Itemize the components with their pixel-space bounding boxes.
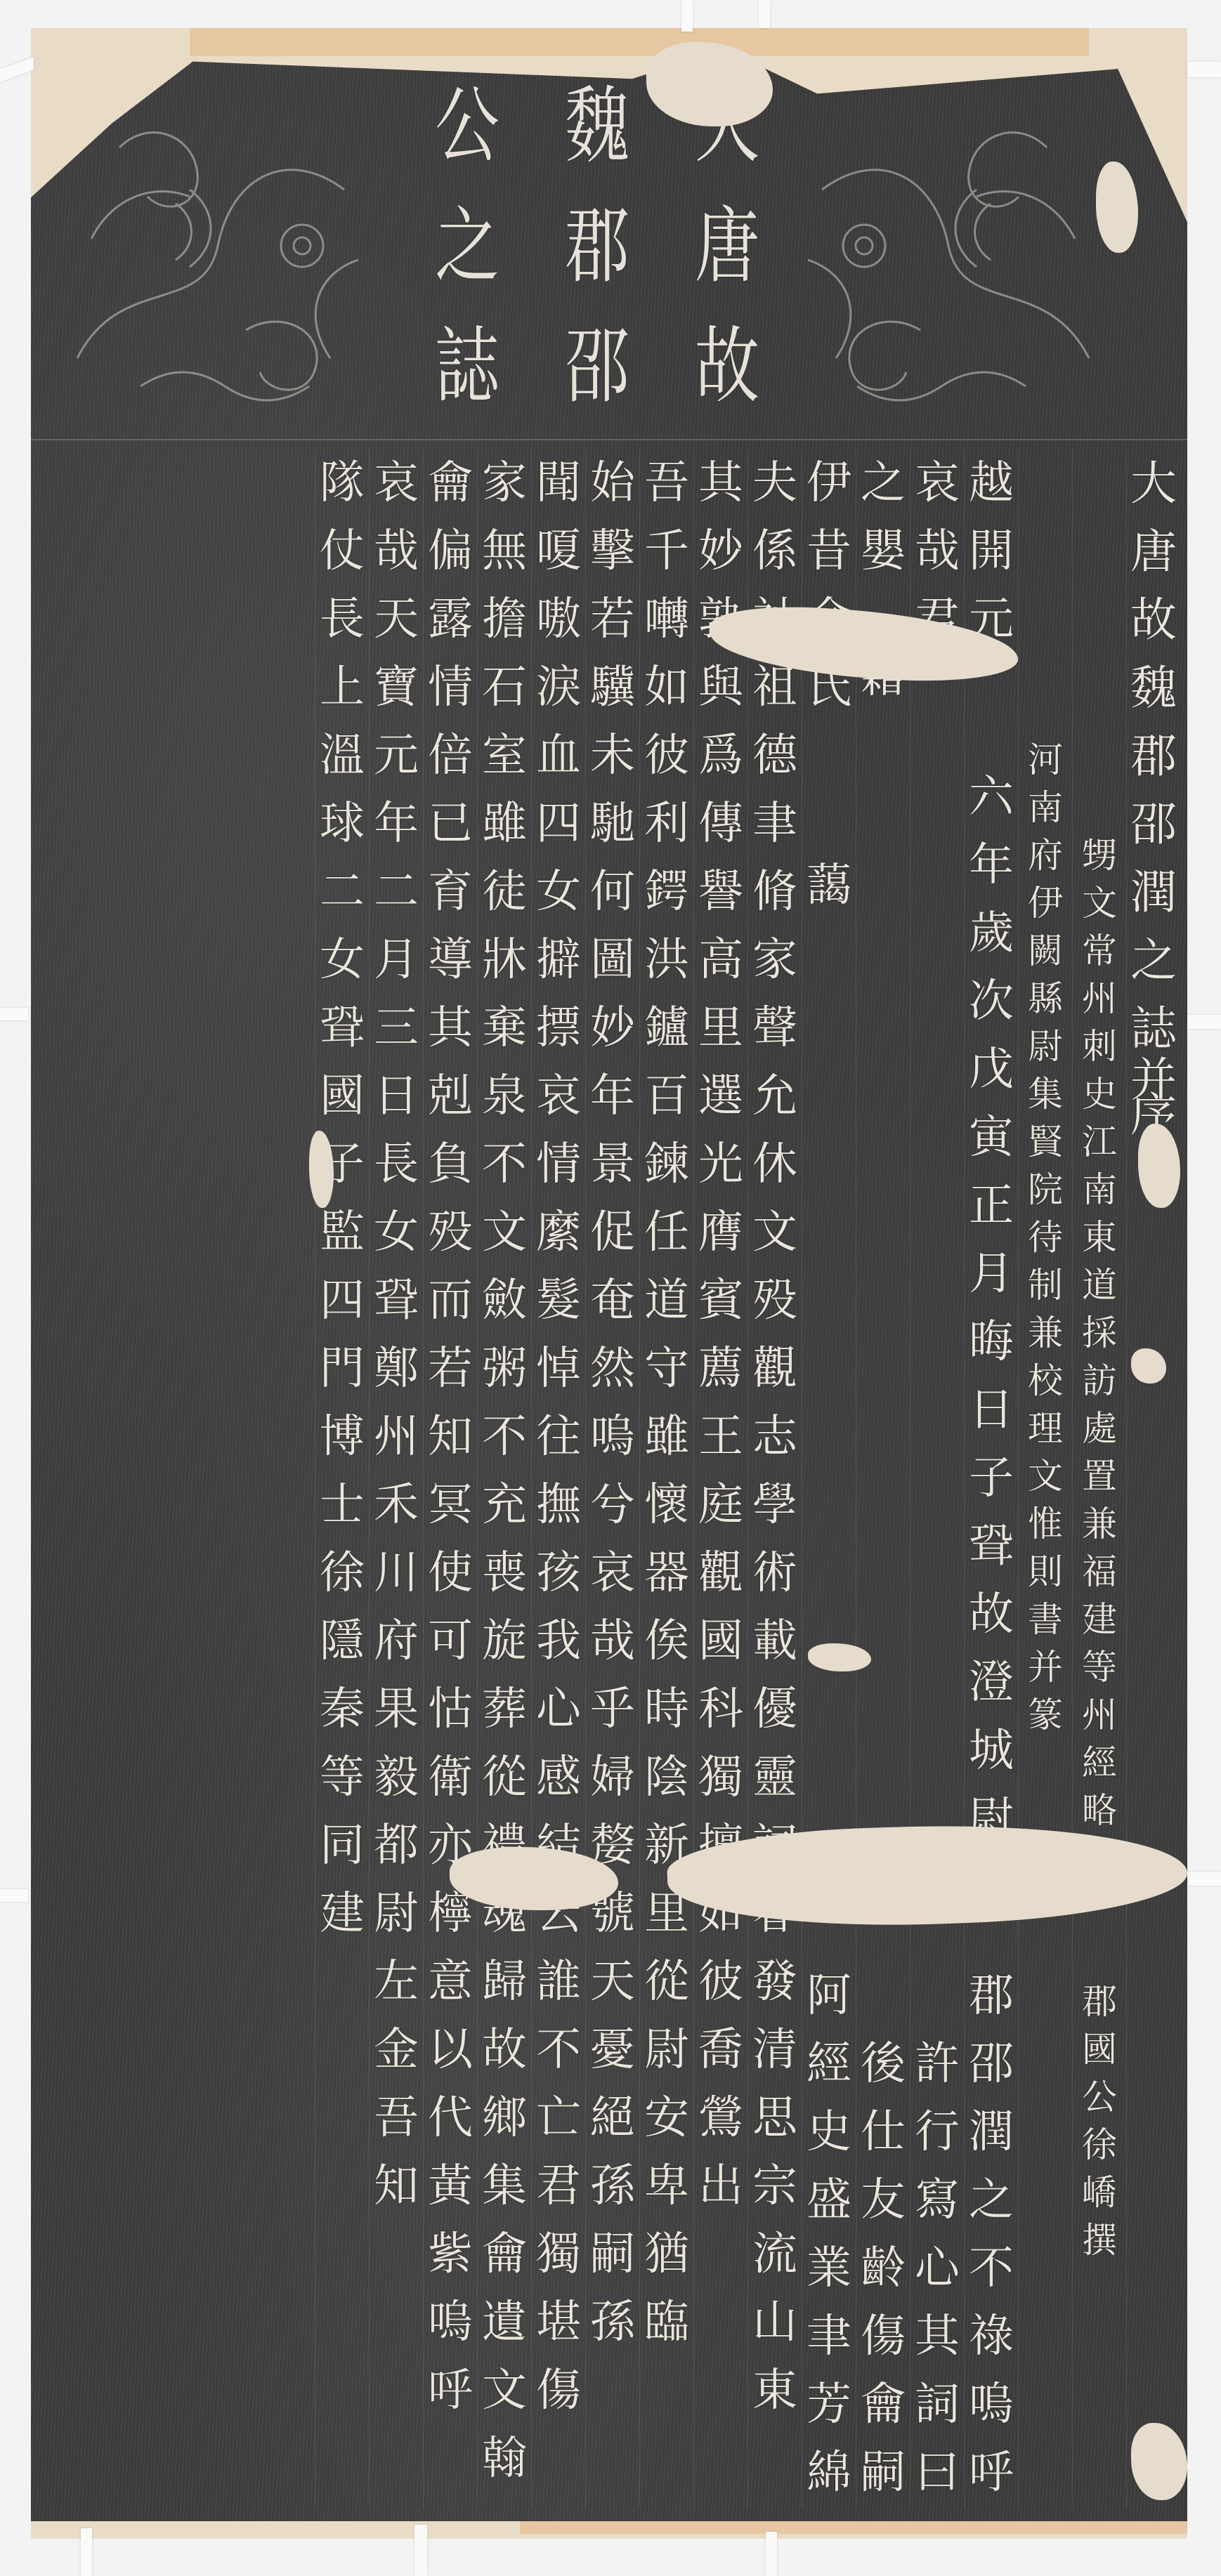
inscription-character: 故 <box>965 1581 1018 1649</box>
inscription-character: 何 <box>586 858 639 926</box>
inscription-character: 常 <box>1073 927 1126 975</box>
inscription-character: 代 <box>424 2084 477 2153</box>
inscription-character: 制 <box>1019 1261 1072 1309</box>
inscription-character: 寫 <box>910 2167 964 2235</box>
inscription-character: 月 <box>965 1240 1018 1308</box>
inscription-character: 傳 <box>694 790 747 858</box>
inscription-character: 雖 <box>640 1403 693 1471</box>
inscription-character: 守 <box>640 1335 693 1403</box>
inscription-character: 載 <box>748 1608 802 1676</box>
inscription-character: 乎 <box>586 1676 639 1744</box>
inscription-character: 戊 <box>965 1036 1018 1104</box>
illegible-character <box>910 1400 964 1457</box>
inscription-character: 月 <box>370 926 423 994</box>
inscription-character: 邵 <box>965 2030 1018 2098</box>
inscription-character: 怙 <box>424 1676 477 1744</box>
inscription-character: 圖 <box>586 926 639 994</box>
inscription-character: 陰 <box>640 1744 693 1812</box>
inscription-character: 不 <box>478 1131 531 1199</box>
inscription-character: 齡 <box>856 2235 910 2303</box>
illegible-character <box>856 1457 910 1514</box>
inscription-character: 江 <box>1073 1118 1126 1166</box>
inscription-character: 上 <box>315 654 369 722</box>
inscription-character: 知 <box>370 2153 423 2221</box>
inscription-character: 哀 <box>910 449 964 518</box>
inscription-character: 史 <box>1073 1070 1126 1118</box>
inscription-character: 髮 <box>532 1267 585 1335</box>
inscription-character: 待 <box>1019 1214 1072 1261</box>
inscription-character: 吾 <box>640 449 693 518</box>
inscription-character: 採 <box>1073 1309 1126 1357</box>
inscription-character: 而 <box>424 1267 477 1335</box>
inscription-character: 情 <box>532 1131 585 1199</box>
inscription-character: 阿 <box>802 1962 856 2030</box>
inscription-character: 膺 <box>694 1199 747 1267</box>
inscription-character: 宗 <box>748 2153 802 2221</box>
inscription-character: 寅 <box>965 1104 1018 1172</box>
inscription-character: 擔 <box>478 586 531 654</box>
inscription-character: 促 <box>586 1199 639 1267</box>
inscription-character: 室 <box>478 722 531 790</box>
inscription-character: 馳 <box>586 790 639 858</box>
inscription-character: 囀 <box>640 586 693 654</box>
seal-char: 公 <box>435 84 499 167</box>
illegible-character <box>910 1629 964 1686</box>
inscription-character: 女 <box>315 926 369 994</box>
inscription-character: 之 <box>856 449 910 518</box>
inscription-character: 百 <box>640 1063 693 1131</box>
inscription-character: 校 <box>1019 1357 1072 1405</box>
calligrapher-column: 河南府伊闕縣尉集賢院待制兼校理文惟則書并篆 <box>1018 449 1072 2507</box>
inscription-character: 器 <box>640 1539 693 1608</box>
mounting-hinge <box>681 0 693 32</box>
inscription-character: 文 <box>1019 1452 1072 1500</box>
inscription-character: 鍔 <box>640 858 693 926</box>
inscription-character: 牀 <box>478 926 531 994</box>
inscription-character: 黃 <box>424 2153 477 2221</box>
inscription-character: 孩 <box>532 1539 585 1608</box>
inscription-character: 故 <box>478 2016 531 2084</box>
inscription-character: 擗 <box>532 926 585 994</box>
inscription-character: 禾 <box>370 1471 423 1539</box>
inscription-character: 靈 <box>748 1744 802 1812</box>
inscription-character: 泉 <box>478 1063 531 1131</box>
illegible-character <box>856 1400 910 1457</box>
inscription-character: 府 <box>1019 832 1072 879</box>
inscription-character: 其 <box>910 2303 964 2371</box>
inscription-character: 隱 <box>315 1608 369 1676</box>
inscription-character: 文 <box>748 1199 802 1267</box>
inscription-character: 嗣 <box>856 2439 910 2507</box>
inscription-character: 州 <box>1073 1691 1126 1739</box>
inscription-character: 無 <box>478 518 531 586</box>
mounting-hinge <box>766 2532 777 2576</box>
inscription-character: 吾 <box>370 2084 423 2153</box>
inscription-character: 誰 <box>532 1948 585 2016</box>
illegible-character <box>910 1457 964 1514</box>
inscription-character: 嗚 <box>965 2371 1018 2439</box>
inscription-character: 城 <box>965 1717 1018 1785</box>
inscription-character: 思 <box>748 2084 802 2153</box>
illegible-character <box>856 1228 910 1285</box>
inscription-character: 哉 <box>910 518 964 586</box>
inscription-character: 充 <box>478 1471 531 1539</box>
text-column-8: 始擊若驥未馳何圖妙年景促奄然嗚兮哀哉乎婦嫠號天憂絕孫嗣孫 <box>585 449 639 2507</box>
inscription-character: 其 <box>694 449 747 518</box>
inscription-character: 哉 <box>370 518 423 586</box>
inscription-character: 寶 <box>370 654 423 722</box>
inscription-character: 已 <box>424 790 477 858</box>
inscription-character: 國 <box>694 1608 747 1676</box>
inscription-character: 道 <box>1073 1261 1126 1309</box>
inscription-character: 甥 <box>1073 832 1126 879</box>
inscription-character: 發 <box>748 1948 802 2016</box>
inscription-character: 藹 <box>802 852 856 920</box>
inscription-character: 譽 <box>694 858 747 926</box>
inscription-character: 建 <box>315 1880 369 1948</box>
inscription-character: 福 <box>1073 1548 1126 1596</box>
illegible-character <box>856 1744 910 1801</box>
text-column-1: 越開元六年歲次戊寅正月晦日子聓故澄城尉郡邵潤之不祿嗚呼 <box>964 449 1018 2507</box>
inscription-character: 其 <box>424 994 477 1063</box>
inscription-character: 彼 <box>694 1948 747 2016</box>
mounting-hinge <box>1187 1015 1221 1029</box>
inscription-character: 訪 <box>1073 1357 1126 1405</box>
illegible-character <box>856 711 910 769</box>
inscription-character: 公 <box>1073 2073 1126 2121</box>
inscription-character: 篆 <box>1019 1691 1072 1739</box>
inscription-character: 文 <box>1073 879 1126 927</box>
inscription-character: 東 <box>748 2357 802 2425</box>
inscription-character: 兮 <box>586 1471 639 1539</box>
inscription-character: 龠 <box>424 449 477 518</box>
inscription-character: 文 <box>478 2357 531 2425</box>
inscription-character: 鍊 <box>640 1131 693 1199</box>
inscription-character: 庭 <box>694 1471 747 1539</box>
inscription-character: 獨 <box>532 2221 585 2289</box>
inscription-character: 孫 <box>586 2289 639 2357</box>
inscription-character: 紫 <box>424 2221 477 2289</box>
inscription-character: 薦 <box>694 1335 747 1403</box>
inscription-character: 盛 <box>802 2167 856 2235</box>
inscription-character: 并 <box>1019 1643 1072 1691</box>
inscription-character: 婦 <box>586 1744 639 1812</box>
inscription-character: 賢 <box>1019 1118 1072 1166</box>
illegible-character <box>910 940 964 998</box>
inscription-character: 伊 <box>1019 879 1072 927</box>
inscription-character: 聓 <box>315 994 369 1063</box>
inscription-character: 喪 <box>478 1539 531 1608</box>
text-column-5: 夫係祉祖德聿脩家聲允休文殁觀志學術載優靈詞春發清思宗流山東 <box>747 449 802 2507</box>
illegible-character <box>910 1342 964 1400</box>
inscription-character: 允 <box>748 1063 802 1131</box>
inscription-character: 文 <box>478 1199 531 1267</box>
inscription-character: 景 <box>586 1131 639 1199</box>
inscription-character: 千 <box>640 518 693 586</box>
inscription-character: 擊 <box>586 518 639 586</box>
inscription-character: 同 <box>315 1812 369 1880</box>
text-column-10: 家無擔石室雖徒牀棄泉不文斂粥不充喪旋葬從禮魂歸故鄉集龠遺文翰 <box>477 449 531 2507</box>
inscription-character: 龠 <box>856 2371 910 2439</box>
inscription-character: 門 <box>315 1335 369 1403</box>
inscription-character: 伊 <box>802 449 856 518</box>
inscription-character: 時 <box>640 1676 693 1744</box>
inscription-character: 開 <box>965 518 1018 586</box>
illegible-character <box>1073 784 1126 832</box>
inscription-character: 摽 <box>532 994 585 1063</box>
inscription-character: 聲 <box>748 994 802 1063</box>
inscription-character: 淚 <box>532 654 585 722</box>
illegible-character <box>802 1311 856 1376</box>
inscription-character: 觀 <box>694 1539 747 1608</box>
inscription-character: 嬰 <box>856 518 910 586</box>
inscription-character: 清 <box>748 2016 802 2084</box>
inscription-character: 東 <box>1073 1214 1126 1261</box>
inscription-character: 斂 <box>478 1267 531 1335</box>
inscription-character: 隊 <box>315 449 369 518</box>
illegible-character <box>910 711 964 769</box>
inscription-character: 賓 <box>694 1267 747 1335</box>
inscription-character: 聓 <box>965 1513 1018 1581</box>
illegible-character <box>910 1170 964 1228</box>
inscription-character: 郡 <box>1073 1978 1126 2025</box>
inscription-character: 院 <box>1019 1166 1072 1214</box>
illegible-character <box>910 1112 964 1170</box>
inscription-character: 懷 <box>640 1471 693 1539</box>
inscription-character: 嗄 <box>532 518 585 586</box>
inscription-character: 尉 <box>640 2016 693 2084</box>
inscription-character: 許 <box>910 2030 964 2098</box>
illegible-character <box>1073 736 1126 784</box>
illegible-character <box>1073 640 1126 688</box>
inscription-character: 殁 <box>748 1267 802 1335</box>
inscription-character: 知 <box>424 1403 477 1471</box>
inscription-character: 洪 <box>640 926 693 994</box>
inscription-character: 經 <box>802 2030 856 2098</box>
inscription-character: 安 <box>640 2084 693 2153</box>
inscription-character: 導 <box>424 926 477 994</box>
text-column-3: 之嬰藉後仕友齡傷龠嗣 <box>856 449 910 2507</box>
illegible-character <box>802 1702 856 1767</box>
inscription-character: 驥 <box>586 654 639 722</box>
inscription-character: 年 <box>586 1063 639 1131</box>
inscription-character: 監 <box>315 1199 369 1267</box>
inscription-character: 大 <box>1127 449 1180 518</box>
inscription-character: 石 <box>478 654 531 722</box>
inscription-character: 縻 <box>532 1199 585 1267</box>
inscription-character: 撫 <box>532 1471 585 1539</box>
mounting-hinge <box>759 0 770 28</box>
inscription-character: 書 <box>1019 1596 1072 1643</box>
mounting-hinge <box>81 2528 92 2576</box>
inscription-character: 史 <box>802 2098 856 2167</box>
inscription-character: 脩 <box>748 858 802 926</box>
inscription-character: 澄 <box>965 1649 1018 1717</box>
illegible-character <box>910 826 964 883</box>
inscription-character: 然 <box>586 1335 639 1403</box>
text-column-6: 其妙孰與爲傳譽高里選光膺賓薦王庭觀國科獨擅如彼喬鶯出 <box>693 449 747 2507</box>
illegible-character <box>1073 449 1126 497</box>
inscription-character: 年 <box>965 832 1018 900</box>
inscription-character: 家 <box>478 449 531 518</box>
illegible-character <box>910 768 964 826</box>
inscription-character: 粥 <box>478 1335 531 1403</box>
title-column: 大唐故魏郡邵潤之誌并序 <box>1126 449 1180 2507</box>
inscription-character: 彼 <box>640 722 693 790</box>
inscription-character: 祿 <box>965 2303 1018 2371</box>
inscription-character: 曰 <box>910 2439 964 2507</box>
inscription-character: 府 <box>370 1608 423 1676</box>
inscription-character: 仗 <box>315 518 369 586</box>
inscription-character: 昔 <box>802 518 856 586</box>
inscription-character: 女 <box>370 1199 423 1267</box>
inscription-character: 意 <box>424 1948 477 2016</box>
inscription-character: 志 <box>748 1403 802 1471</box>
text-column-13: 隊仗長上溫球二女聓國子監四門博士徐隱秦等同建 <box>315 449 369 2507</box>
illegible-character <box>856 1973 910 2030</box>
inscription-character: 金 <box>370 2016 423 2084</box>
illegible-character <box>856 940 910 998</box>
inscription-character: 鄉 <box>478 2084 531 2153</box>
inscription-character: 傷 <box>856 2303 910 2371</box>
illegible-character <box>1073 497 1126 545</box>
inscription-character: 堪 <box>532 2289 585 2357</box>
inscription-character: 尉 <box>370 1880 423 1948</box>
inscription-character: 南 <box>1073 1166 1126 1214</box>
inscription-character: 休 <box>748 1131 802 1199</box>
inscription-character: 子 <box>965 1445 1018 1513</box>
inscription-character: 不 <box>965 2235 1018 2303</box>
inscription-character: 王 <box>694 1403 747 1471</box>
inscription-character: 三 <box>370 994 423 1063</box>
inscription-character: 爲 <box>694 722 747 790</box>
inscription-character: 六 <box>965 763 1018 832</box>
illegible-character <box>856 768 910 826</box>
illegible-character <box>856 883 910 941</box>
inscription-character: 潤 <box>965 2098 1018 2167</box>
author-column: 甥文常州刺史江南東道採訪處置兼福建等州經略使郡國公徐嶠撰 <box>1072 449 1126 2507</box>
inscription-character: 河 <box>1019 736 1072 784</box>
illegible-character <box>802 1441 856 1506</box>
inscription-character: 尉 <box>1019 1023 1072 1070</box>
inscription-character: 四 <box>315 1267 369 1335</box>
inscription-character: 溫 <box>315 722 369 790</box>
inscription-character: 哀 <box>370 449 423 518</box>
seal-char: 魏 <box>565 84 629 167</box>
inscription-character: 如 <box>640 654 693 722</box>
inscription-character: 道 <box>640 1267 693 1335</box>
inscription-character: 衛 <box>424 1744 477 1812</box>
inscription-character: 始 <box>586 449 639 518</box>
inscription-character: 球 <box>315 790 369 858</box>
illegible-character <box>910 883 964 941</box>
inscription-character: 兼 <box>1073 1500 1126 1548</box>
inscription-character: 聞 <box>532 449 585 518</box>
inscription-character: 遺 <box>478 2289 531 2357</box>
seal-title-column-1: 大 唐 故 <box>674 84 780 407</box>
illegible-character <box>856 1170 910 1228</box>
illegible-character <box>856 1572 910 1629</box>
inscription-character: 流 <box>748 2221 802 2289</box>
inscription-character: 出 <box>694 2153 747 2221</box>
inscription-character: 獨 <box>694 1744 747 1812</box>
inscription-character: 嗚 <box>424 2289 477 2357</box>
illegible-character <box>910 1973 964 2030</box>
inscription-character: 哀 <box>532 1063 585 1131</box>
inscription-character: 州 <box>370 1403 423 1471</box>
inscription-character: 從 <box>478 1744 531 1812</box>
inscription-character: 孫 <box>586 2153 639 2221</box>
inscription-character: 後 <box>856 2030 910 2098</box>
inscription-character: 聿 <box>802 2303 856 2371</box>
seal-title-column-2: 魏 郡 邵 <box>544 84 650 407</box>
inscription-character: 悼 <box>532 1335 585 1403</box>
inscription-character: 處 <box>1073 1405 1126 1452</box>
inscription-character: 血 <box>532 722 585 790</box>
mounting-hinge <box>0 57 34 81</box>
inscription-character: 越 <box>965 449 1018 518</box>
text-column-9: 聞嗄嗷淚血四女擗摽哀情縻髮悼往撫孩我心感結云誰不亡君獨堪傷 <box>531 449 585 2507</box>
inscription-character: 理 <box>1019 1405 1072 1452</box>
illegible-character <box>802 1767 856 1832</box>
inscription-character: 倍 <box>424 722 477 790</box>
inscription-character: 都 <box>370 1812 423 1880</box>
illegible-character <box>910 1572 964 1629</box>
inscription-character: 之 <box>1127 926 1180 994</box>
inscription-character: 芳 <box>802 2371 856 2439</box>
text-column-12: 哀哉天寶元年二月三日長女聓鄭州禾川府果毅都尉左金吾知 <box>369 449 423 2507</box>
illegible-character <box>1073 593 1126 640</box>
inscription-character: 山 <box>748 2289 802 2357</box>
inscription-character: 業 <box>802 2235 856 2303</box>
illegible-character <box>856 1112 910 1170</box>
illegible-character <box>802 985 856 1051</box>
mounting-hinge <box>0 1008 28 1020</box>
inscription-character: 徐 <box>1073 2121 1126 2169</box>
inscription-character: 徐 <box>315 1539 369 1608</box>
illegible-character <box>802 1376 856 1441</box>
inscription-character: 二 <box>315 858 369 926</box>
inscription-character: 縣 <box>1019 975 1072 1023</box>
inscription-character: 年 <box>370 790 423 858</box>
seal-char: 郡 <box>565 204 629 287</box>
inscription-character: 士 <box>315 1471 369 1539</box>
inscription-character: 四 <box>532 790 585 858</box>
inscription-character: 冥 <box>424 1471 477 1539</box>
inscription-character: 置 <box>1073 1452 1126 1500</box>
inscription-character: 夫 <box>748 449 802 518</box>
inscription-character: 剋 <box>424 1063 477 1131</box>
illegible-character <box>802 1572 856 1637</box>
illegible-character <box>965 709 1018 763</box>
inscription-character: 傷 <box>532 2357 585 2425</box>
inscription-character: 感 <box>532 1744 585 1812</box>
inscription-character: 亡 <box>532 2084 585 2153</box>
inscription-character: 心 <box>910 2235 964 2303</box>
inscription-character: 龠 <box>478 2221 531 2289</box>
inscription-character: 建 <box>1073 1596 1126 1643</box>
inscription-character: 左 <box>370 1948 423 2016</box>
inscription-character: 育 <box>424 858 477 926</box>
inscription-character: 旋 <box>478 1608 531 1676</box>
inscription-character: 翰 <box>478 2425 531 2493</box>
illegible-character <box>1073 1930 1126 1978</box>
inscription-character: 日 <box>370 1063 423 1131</box>
inscription-character: 魏 <box>1127 654 1180 722</box>
inscription-character: 可 <box>424 1608 477 1676</box>
inscription-character: 臨 <box>640 2289 693 2357</box>
inscription-character: 光 <box>694 1131 747 1199</box>
